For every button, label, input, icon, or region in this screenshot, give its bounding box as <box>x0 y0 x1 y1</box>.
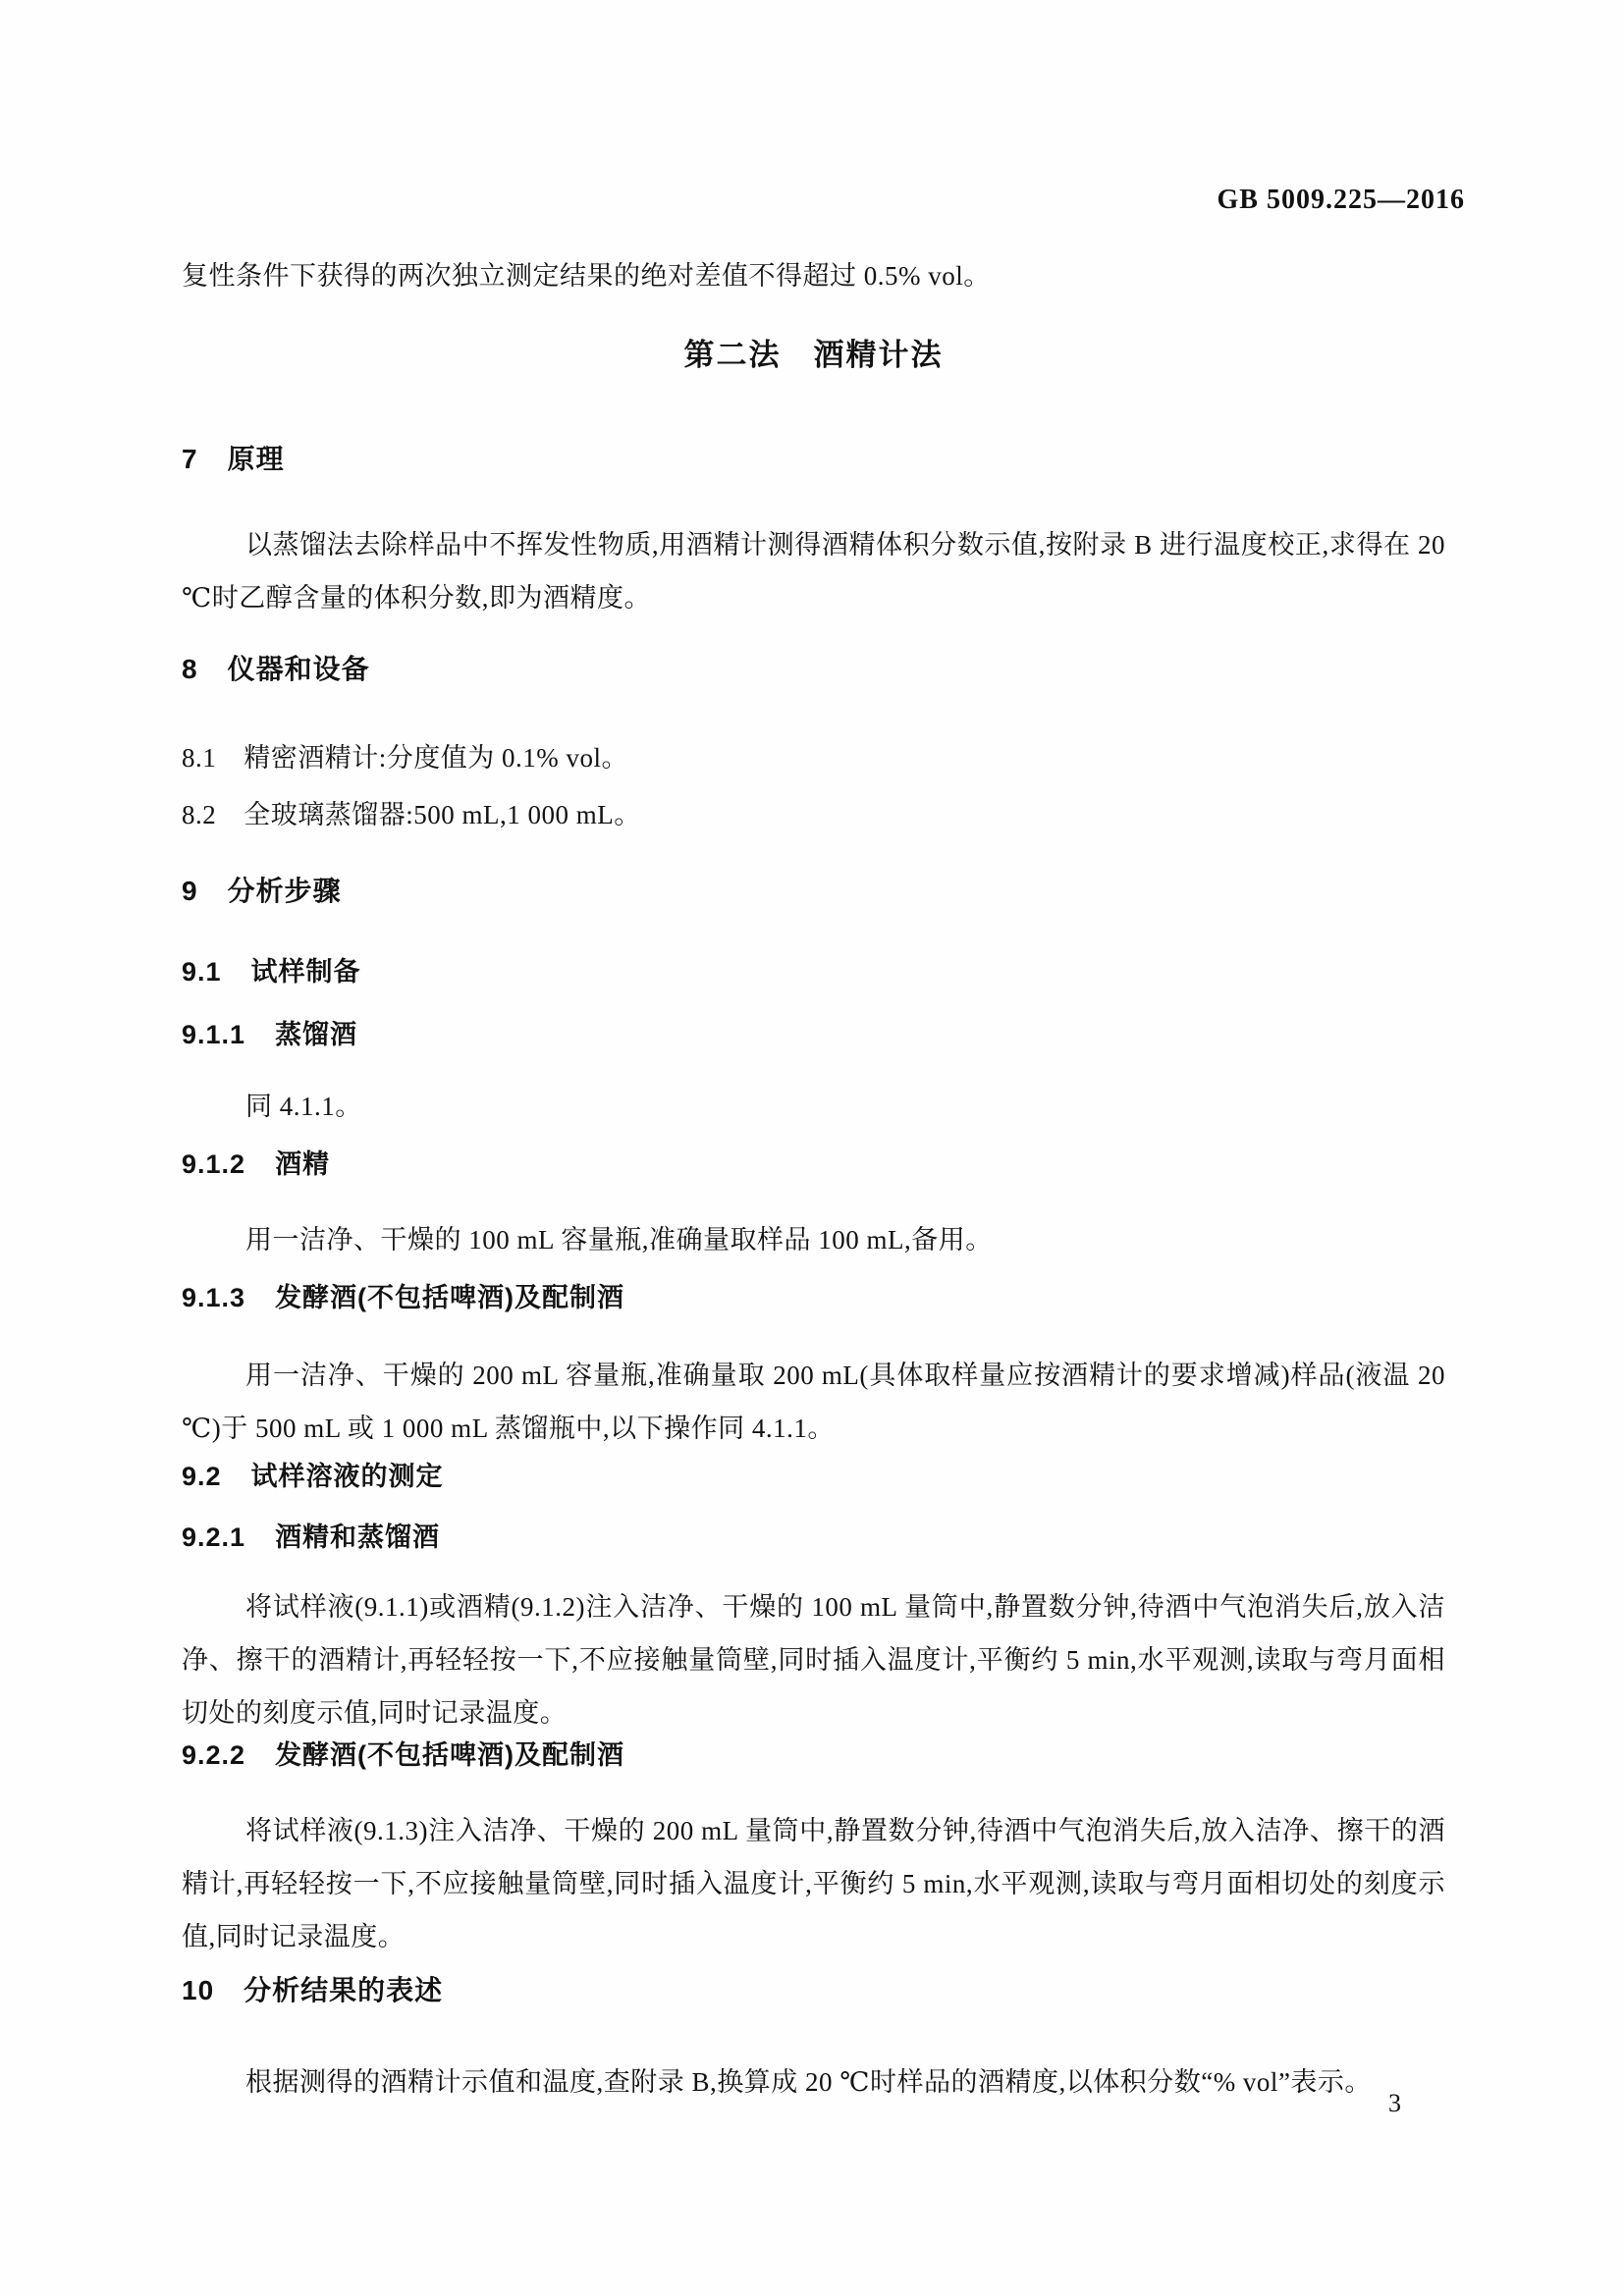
section-9-number: 9 <box>182 876 198 907</box>
clause-9-2-2-number: 9.2.2 <box>182 1739 245 1771</box>
clause-9-1-1-number: 9.1.1 <box>182 1019 245 1050</box>
clause-9-1-2-number: 9.1.2 <box>182 1148 245 1180</box>
section-7-heading: 7原理 <box>182 444 1445 475</box>
section-9-title: 分析步骤 <box>228 876 342 906</box>
section-8-number: 8 <box>182 654 198 685</box>
clause-8-2-text: 全玻璃蒸馏器:500 mL,1 000 mL。 <box>244 800 641 829</box>
clause-9-2-title: 试样溶液的测定 <box>251 1462 444 1491</box>
section-10-paragraph: 根据测得的酒精计示值和温度,查附录 B,换算成 20 ℃时样品的酒精度,以体积分… <box>182 2056 1445 2109</box>
section-10-title: 分析结果的表述 <box>244 1975 443 2005</box>
clause-9-1-1-heading: 9.1.1蒸馏酒 <box>182 1019 1445 1050</box>
clause-9-2-2-heading: 9.2.2发酵酒(不包括啤酒)及配制酒 <box>182 1739 1445 1771</box>
clause-9-1-title: 试样制备 <box>251 957 361 987</box>
clause-9-2-heading: 9.2试样溶液的测定 <box>182 1461 1445 1492</box>
clause-9-1-1-paragraph: 同 4.1.1。 <box>182 1080 1445 1133</box>
page-number: 3 <box>1388 2089 1401 2118</box>
document-page: GB 5009.225—2016 复性条件下获得的两次独立测定结果的绝对差值不得… <box>0 0 1624 2296</box>
clause-9-1-3-title: 发酵酒(不包括啤酒)及配制酒 <box>275 1283 624 1312</box>
clause-9-1-3-number: 9.1.3 <box>182 1282 245 1313</box>
clause-8-2: 8.2全玻璃蒸馏器:500 mL,1 000 mL。 <box>182 799 1445 830</box>
clause-9-1-1-title: 蒸馏酒 <box>275 1020 357 1049</box>
clause-9-1-3-heading: 9.1.3发酵酒(不包括啤酒)及配制酒 <box>182 1282 1445 1313</box>
clause-9-1-number: 9.1 <box>182 956 222 988</box>
clause-8-1-number: 8.1 <box>182 742 216 774</box>
clause-9-1-2-heading: 9.1.2酒精 <box>182 1148 1445 1180</box>
clause-9-1-2-title: 酒精 <box>275 1149 330 1179</box>
clause-8-1-text: 精密酒精计:分度值为 0.1% vol。 <box>244 743 628 773</box>
section-8-title: 仪器和设备 <box>228 654 370 684</box>
standard-number: GB 5009.225—2016 <box>1218 185 1465 216</box>
section-8-heading: 8仪器和设备 <box>182 654 1445 685</box>
clause-9-2-number: 9.2 <box>182 1461 222 1492</box>
clause-9-2-1-paragraph: 将试样液(9.1.1)或酒精(9.1.2)注入洁净、干燥的 100 mL 量筒中… <box>182 1580 1445 1739</box>
clause-8-1: 8.1精密酒精计:分度值为 0.1% vol。 <box>182 742 1445 774</box>
clause-8-2-number: 8.2 <box>182 799 216 830</box>
section-7-paragraph: 以蒸馏法去除样品中不挥发性物质,用酒精计测得酒精体积分数示值,按附录 B 进行温… <box>182 518 1445 624</box>
section-10-heading: 10分析结果的表述 <box>182 1975 1445 2006</box>
clause-9-1-2-paragraph: 用一洁净、干燥的 100 mL 容量瓶,准确量取样品 100 mL,备用。 <box>182 1213 1445 1266</box>
section-10-number: 10 <box>182 1975 214 2006</box>
clause-9-2-1-heading: 9.2.1酒精和蒸馏酒 <box>182 1522 1445 1553</box>
clause-9-2-1-title: 酒精和蒸馏酒 <box>275 1522 440 1552</box>
clause-9-2-2-paragraph: 将试样液(9.1.3)注入洁净、干燥的 200 mL 量筒中,静置数分钟,待酒中… <box>182 1804 1445 1963</box>
clause-9-1-heading: 9.1试样制备 <box>182 956 1445 988</box>
section-7-number: 7 <box>182 444 198 475</box>
clause-9-2-2-title: 发酵酒(不包括啤酒)及配制酒 <box>275 1740 624 1770</box>
clause-9-1-3-paragraph: 用一洁净、干燥的 200 mL 容量瓶,准确量取 200 mL(具体取样量应按酒… <box>182 1349 1445 1455</box>
method-title: 第二法 酒精计法 <box>182 330 1445 374</box>
section-9-heading: 9分析步骤 <box>182 876 1445 907</box>
clause-9-2-1-number: 9.2.1 <box>182 1522 245 1553</box>
continuation-paragraph: 复性条件下获得的两次独立测定结果的绝对差值不得超过 0.5% vol。 <box>182 249 1445 302</box>
section-7-title: 原理 <box>228 444 285 474</box>
